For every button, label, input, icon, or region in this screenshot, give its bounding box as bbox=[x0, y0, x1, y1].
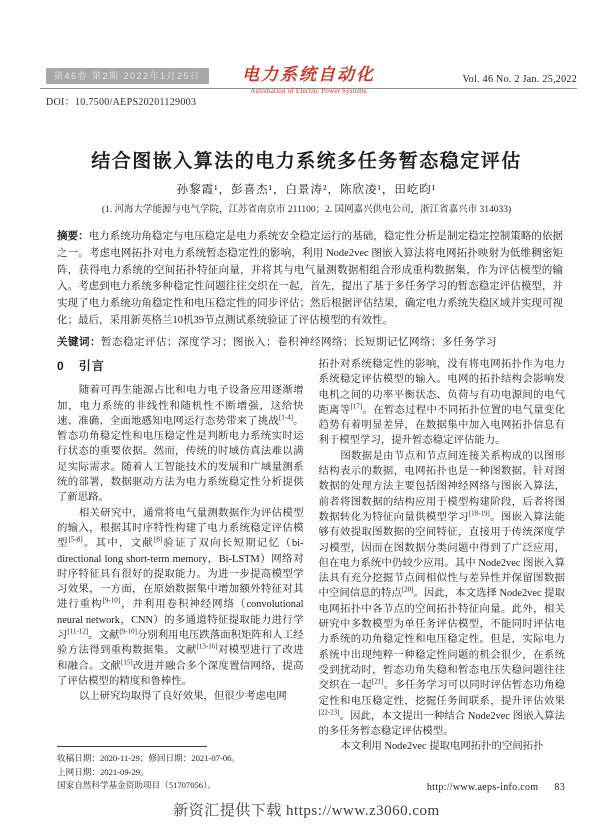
footnote-received: 收稿日期：2020-11-29；修回日期：2021-07-06。 bbox=[57, 752, 304, 766]
journal-url-link[interactable]: http://www.aeps-info.com bbox=[427, 782, 539, 793]
footnote-funding: 国家自然科学基金资助项目（51707056）。 bbox=[57, 779, 304, 793]
journal-header: 第46卷 第2期 2022年1月25日 DOI：10.7500/AEPS2020… bbox=[40, 66, 577, 104]
volume-info: Vol. 46 No. 2 Jan. 25,2022 bbox=[462, 74, 577, 85]
journal-logo-block: 电力系统自动化 Automation of Electric Power Sys… bbox=[242, 63, 375, 96]
abstract-text: 电力系统功角稳定与电压稳定是电力系统安全稳定运行的基础，稳定性分析是制定稳定控制… bbox=[57, 231, 563, 326]
body-columns: 0引言 随着可再生能源占比和电力电子设备应用逐渐增加，电力系统的非线性和随机性不… bbox=[57, 357, 565, 795]
issue-info-box: 第46卷 第2期 2022年1月25日 bbox=[46, 68, 209, 84]
section-heading: 0引言 bbox=[57, 359, 304, 374]
page-number: 83 bbox=[554, 782, 565, 793]
left-column: 0引言 随着可再生能源占比和电力电子设备应用逐渐增加，电力系统的非线性和随机性不… bbox=[57, 357, 304, 795]
authors-line: 孙黎霞¹，彭喜杰¹，白景涛²，陈欣凌¹，田屹昀¹ bbox=[0, 181, 613, 197]
section-number: 0 bbox=[57, 359, 65, 373]
right-column: 拓扑对系统稳定性的影响，没有将电网拓扑作为电力系统稳定评估模型的输入。电网的拓扑… bbox=[319, 357, 566, 795]
affiliations-line: (1. 河海大学能源与电气学院，江苏省南京市 211100；2. 国网嘉兴供电公… bbox=[0, 201, 613, 215]
footnote-block: 收稿日期：2020-11-29；修回日期：2021-07-06。 上网日期：20… bbox=[57, 746, 304, 793]
download-watermark-link[interactable]: 新资汇提供下载 https://www.z3060.com bbox=[0, 799, 613, 820]
paper-title: 结合图嵌入算法的电力系统多任务暂态稳定评估 bbox=[30, 146, 583, 173]
keywords-label: 关键词： bbox=[57, 336, 101, 348]
footnote-rule bbox=[57, 746, 207, 747]
paragraph: 本文利用 Node2vec 提取电网拓扑的空间拓扑 bbox=[319, 739, 566, 754]
page-footer: http://www.aeps-info.com83 bbox=[421, 780, 565, 795]
paper-page: 第46卷 第2期 2022年1月25日 DOI：10.7500/AEPS2020… bbox=[0, 0, 613, 825]
keywords-block: 关键词：暂态稳定评估；深度学习；图嵌入；卷积神经网络；长短期记忆网络；多任务学习 bbox=[57, 334, 563, 349]
paragraph: 图数据是由节点和节点间连接关系构成的以图形结构表示的数据，电网拓扑也是一种图数据… bbox=[319, 449, 566, 740]
keywords-text: 暂态稳定评估；深度学习；图嵌入；卷积神经网络；长短期记忆网络；多任务学习 bbox=[101, 337, 497, 348]
abstract-label: 摘要： bbox=[57, 230, 89, 242]
abstract-block: 摘要：电力系统功角稳定与电压稳定是电力系统安全稳定运行的基础，稳定性分析是制定稳… bbox=[57, 228, 563, 330]
paragraph: 相关研究中，通常将电气量测数据作为评估模型的输入，根据其时序特性构建了电力系统稳… bbox=[57, 506, 304, 690]
doi-text: DOI：10.7500/AEPS20201129003 bbox=[46, 93, 196, 108]
paragraph: 随着可再生能源占比和电力电子设备应用逐渐增加，电力系统的非线性和随机性不断增强，… bbox=[57, 383, 304, 505]
paragraph: 以上研究均取得了良好效果，但很少考虑电网 bbox=[57, 689, 304, 704]
journal-subtitle: Automation of Electric Power Systems bbox=[242, 86, 375, 96]
section-title: 引言 bbox=[79, 359, 105, 373]
footnote-online: 上网日期：2021-09-29。 bbox=[57, 766, 304, 780]
journal-logo: 电力系统自动化 bbox=[242, 63, 375, 86]
paragraph: 拓扑对系统稳定性的影响，没有将电网拓扑作为电力系统稳定评估模型的输入。电网的拓扑… bbox=[319, 357, 566, 449]
